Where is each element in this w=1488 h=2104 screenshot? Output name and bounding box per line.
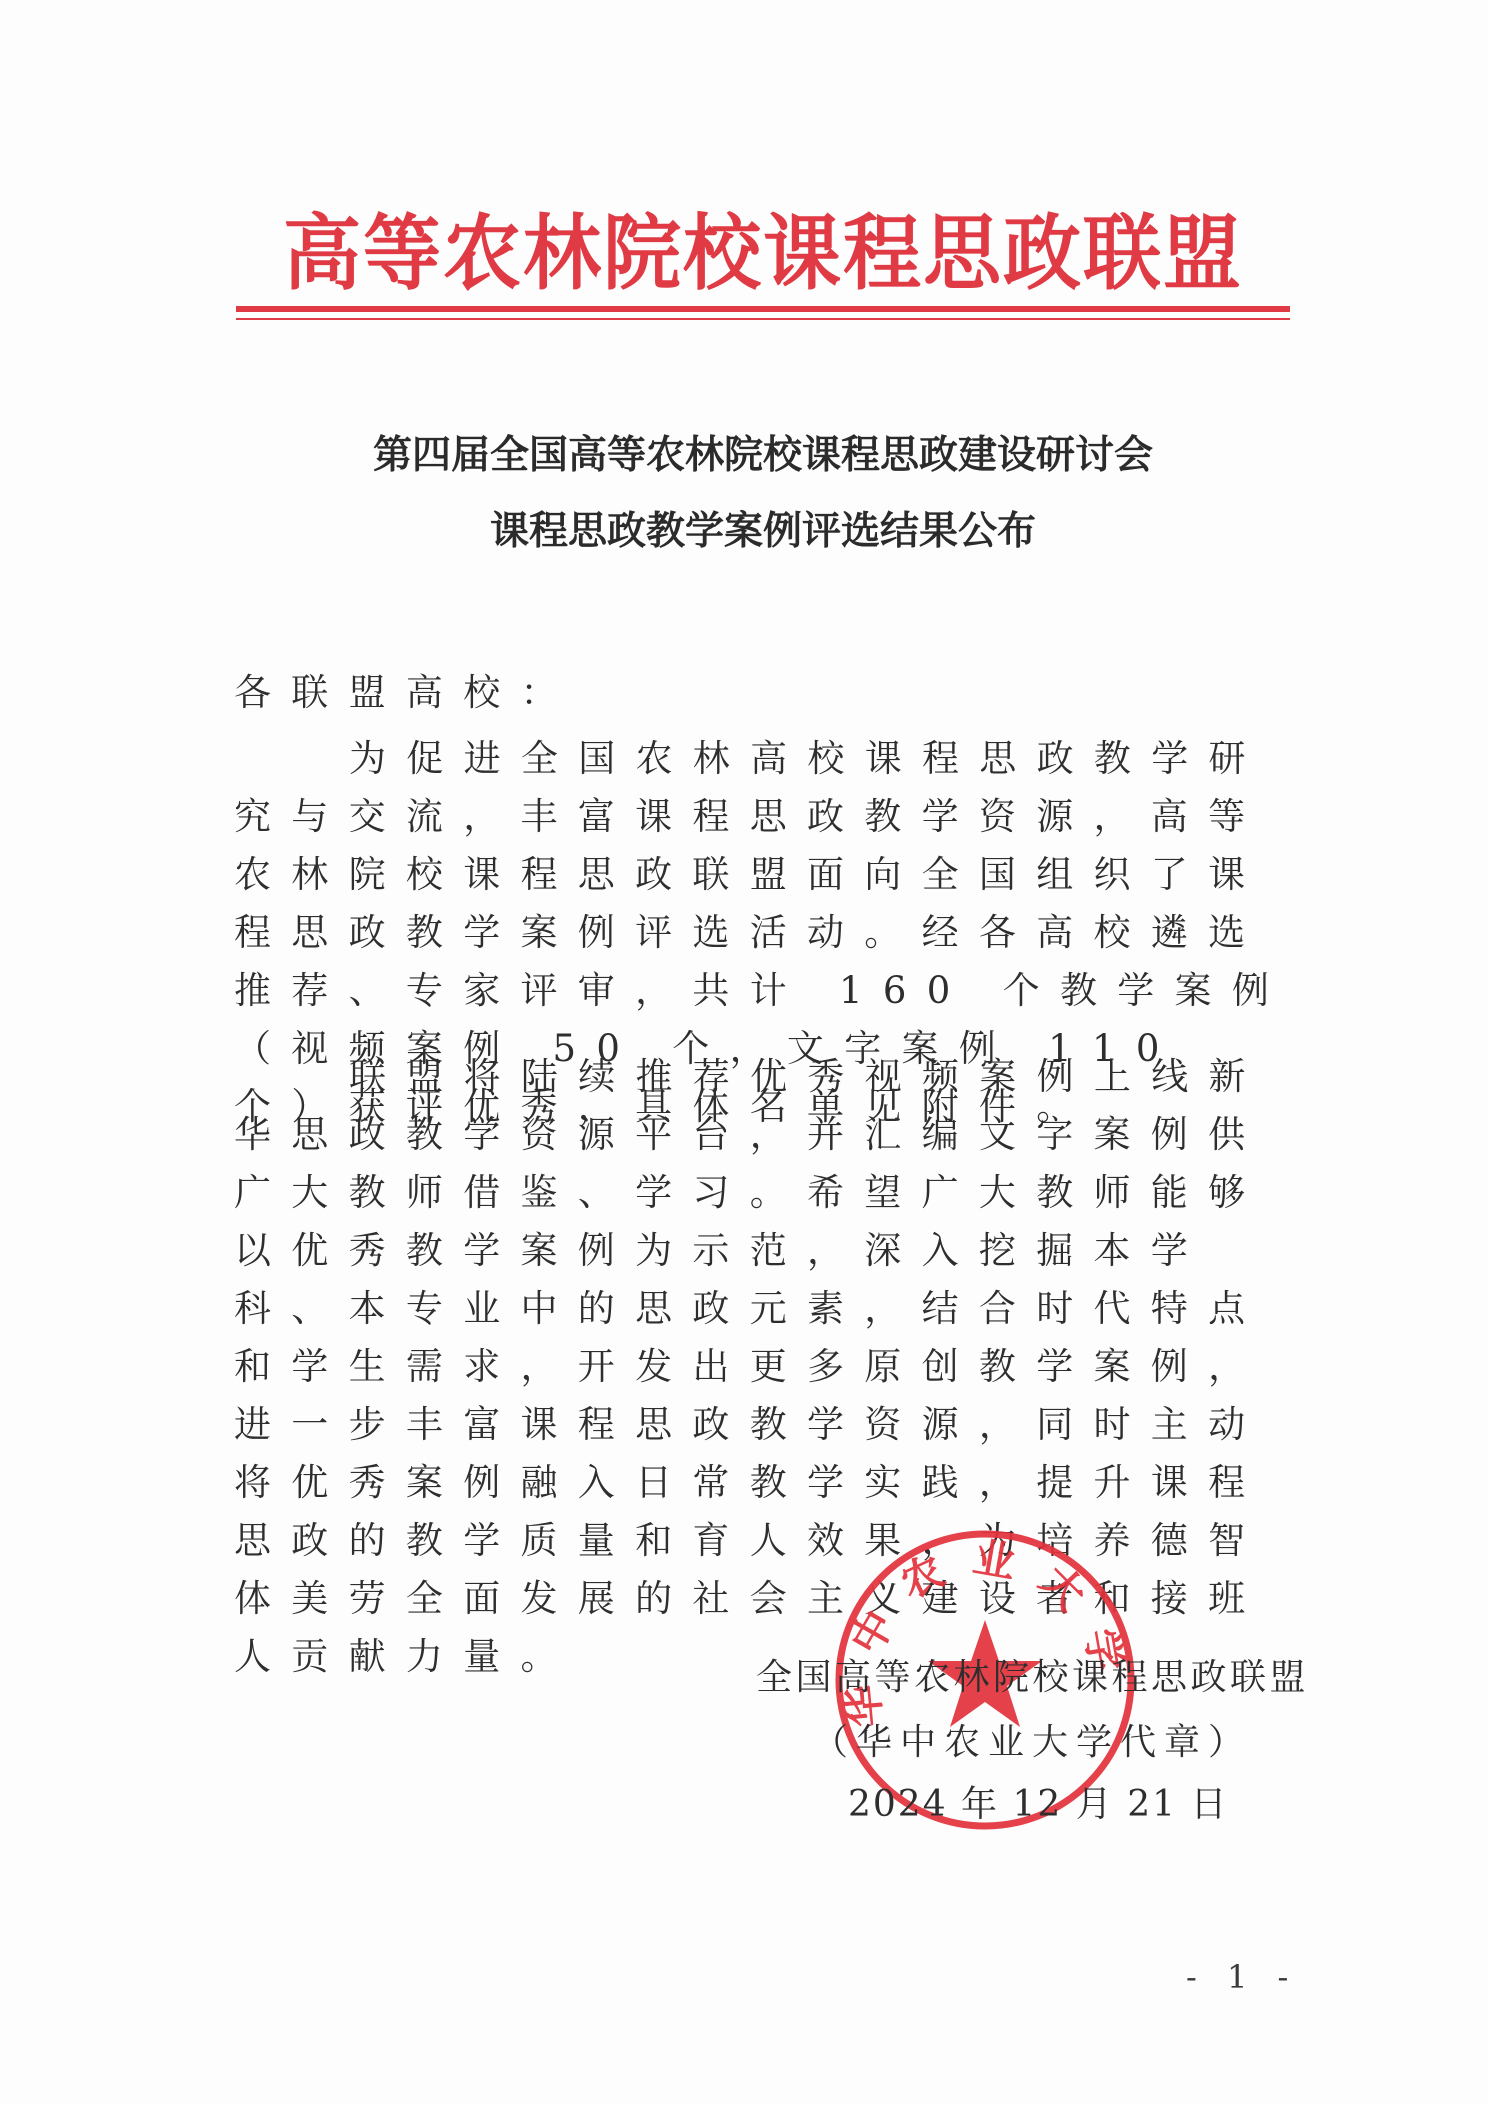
document-page: 高等农林院校课程思政联盟 第四届全国高等农林院校课程思政建设研讨会 课程思政教学… <box>0 0 1488 2104</box>
signature-date: 2024 年 12 月 21 日 <box>848 1783 1228 1827</box>
signature-organization: 全国高等农林院校课程思政联盟 <box>756 1656 1309 1700</box>
masthead-rule-thin <box>236 318 1290 320</box>
salutation: 各联盟高校： <box>234 664 1294 722</box>
masthead-title: 高等农林院校课程思政联盟 <box>236 204 1290 305</box>
masthead-rule-thick <box>236 306 1290 312</box>
page-number: - 1 - <box>1186 1958 1298 1996</box>
signature-seal-note: （华中农业大学代章） <box>812 1721 1252 1765</box>
document-title-line2: 课程思政教学案例评选结果公布 <box>236 508 1290 556</box>
document-title-line1: 第四届全国高等农林院校课程思政建设研讨会 <box>236 432 1290 480</box>
